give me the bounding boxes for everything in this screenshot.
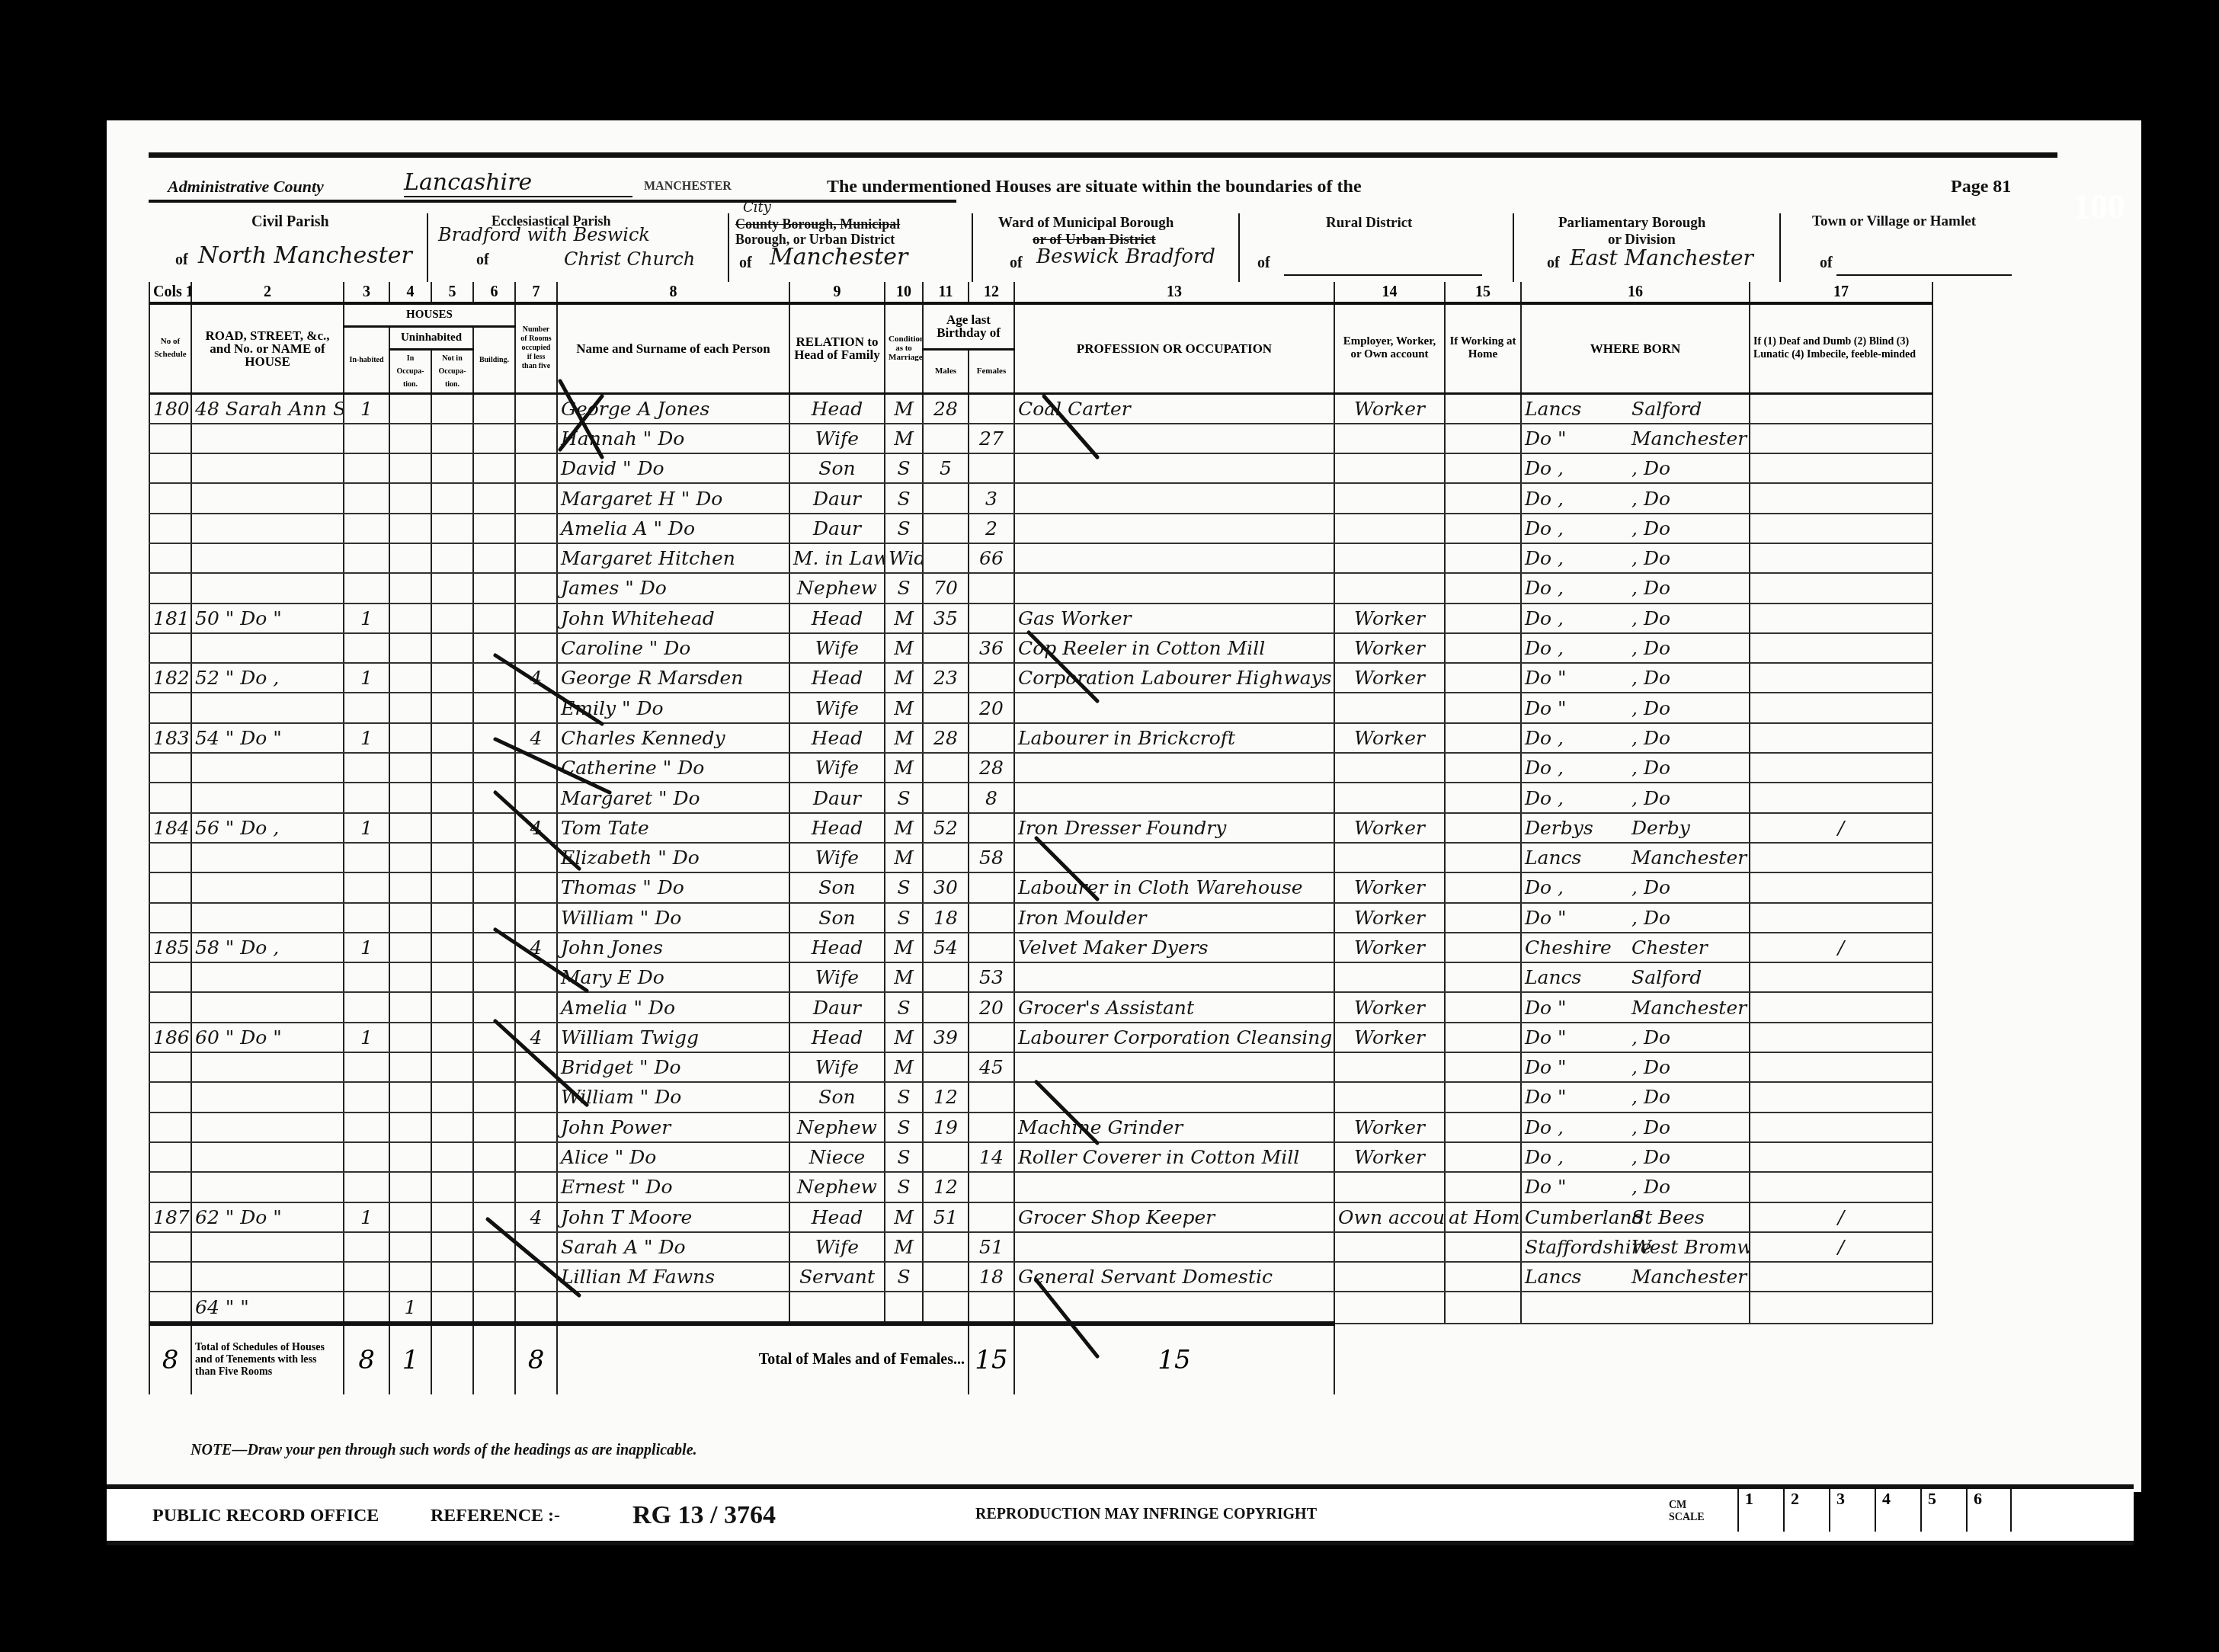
eccl-parish-value-1: Bradford with Beswick (438, 224, 650, 245)
rooms-cell: 4 (515, 1023, 557, 1052)
in-occupation-cell (389, 483, 431, 513)
in-occupation-cell (389, 633, 431, 663)
building-cell (473, 843, 515, 872)
where-born-cell: Do "Manchester (1521, 992, 1750, 1022)
in-occupation-cell (389, 1262, 431, 1292)
condition-cell: S (885, 992, 923, 1022)
infirmity-cell (1750, 992, 1932, 1022)
relation-cell: M. in Law (789, 543, 885, 573)
at-home-cell (1445, 872, 1521, 902)
where-born-cell: Do ", Do (1521, 663, 1750, 693)
age-female-cell (969, 903, 1014, 933)
total-schedules-label: Total of Schedules of Houses and of Tene… (191, 1324, 344, 1394)
divider (1779, 213, 1781, 282)
infirmity-cell (1750, 1113, 1932, 1142)
in-occupation-cell (389, 1082, 431, 1112)
building-cell (473, 514, 515, 543)
scale-tick: 5 (1920, 1484, 1966, 1532)
at-home-cell (1445, 693, 1521, 722)
occupation-cell: Corporation Labourer Highways (1014, 663, 1334, 693)
rooms-cell (515, 1113, 557, 1142)
col-num: 3 (344, 282, 389, 303)
in-occupation-cell (389, 962, 431, 992)
where-born-cell: Do ,, Do (1521, 872, 1750, 902)
occupation-cell: Labourer in Brickcroft (1014, 723, 1334, 753)
inhabited-cell (344, 514, 389, 543)
born-place: , Do (1631, 727, 1670, 749)
not-in-occupation-cell (431, 573, 473, 603)
table-row: Caroline " DoWifeM36Cop Reeler in Cotton… (149, 633, 2054, 663)
employer-cell (1334, 543, 1445, 573)
inhabited-cell (344, 1172, 389, 1202)
rooms-cell (515, 543, 557, 573)
town-blank (1836, 274, 2012, 276)
infirmity-cell: / (1750, 1232, 1932, 1262)
at-home-cell (1445, 1052, 1521, 1082)
employer-cell (1334, 753, 1445, 783)
infirmity-cell (1750, 573, 1932, 603)
infirmity-cell (1750, 453, 1932, 483)
employer-cell (1334, 1172, 1445, 1202)
born-county: Do , (1525, 1116, 1631, 1138)
employer-cell (1334, 693, 1445, 722)
building-cell (473, 1023, 515, 1052)
rooms-cell (515, 843, 557, 872)
relation-cell: Wife (789, 1052, 885, 1082)
of-label: of (1010, 255, 1023, 272)
where-born-cell: Do ", Do (1521, 693, 1750, 722)
condition-cell: M (885, 1052, 923, 1082)
inhabited-cell (344, 633, 389, 663)
occupation-cell: Grocer's Assistant (1014, 992, 1334, 1022)
eccl-parish-value-2: Christ Church (564, 248, 695, 270)
rooms-cell (515, 962, 557, 992)
born-place: , Do (1631, 488, 1670, 510)
table-row: 18762 " Do "14John T MooreHeadM51Grocer … (149, 1202, 2054, 1232)
age-male-cell (923, 693, 969, 722)
born-county: Do , (1525, 547, 1631, 569)
rooms-cell (515, 424, 557, 453)
employer-cell (1334, 1292, 1445, 1323)
name-cell: Tom Tate (557, 813, 789, 843)
table-row: James " DoNephewS70Do ,, Do (149, 573, 2054, 603)
address-cell (191, 753, 344, 783)
condition-cell: M (885, 723, 923, 753)
rooms-cell (515, 753, 557, 783)
building-cell (473, 933, 515, 962)
schedule-cell: 187 (149, 1202, 191, 1232)
age-male-cell (923, 1142, 969, 1172)
rooms-cell (515, 1172, 557, 1202)
where-born-cell: LancsManchester (1521, 843, 1750, 872)
header-inhabited: In-habited (344, 326, 389, 393)
age-male-cell: 54 (923, 933, 969, 962)
at-home-cell (1445, 783, 1521, 812)
inhabited-cell: 1 (344, 663, 389, 693)
in-occupation-cell (389, 872, 431, 902)
name-cell: Emily " Do (557, 693, 789, 722)
at-home-cell (1445, 633, 1521, 663)
occupation-cell (1014, 1082, 1334, 1112)
occupation-cell (1014, 424, 1334, 453)
born-county: Do " (1525, 907, 1631, 929)
schedule-cell (149, 483, 191, 513)
born-place: , Do (1631, 1146, 1670, 1168)
not-in-occupation-cell (431, 1172, 473, 1202)
name-cell: William " Do (557, 1082, 789, 1112)
employer-cell (1334, 783, 1445, 812)
inhabited-cell: 1 (344, 933, 389, 962)
not-in-occupation-cell (431, 453, 473, 483)
condition-cell: S (885, 872, 923, 902)
occupation-cell (1014, 1232, 1334, 1262)
table-row: 18558 " Do ,14John JonesHeadM54Velvet Ma… (149, 933, 2054, 962)
age-male-cell: 19 (923, 1113, 969, 1142)
in-occupation-cell (389, 903, 431, 933)
age-male-cell (923, 783, 969, 812)
table-row: Sarah A " DoWifeM51StaffordshireWest Bro… (149, 1232, 2054, 1262)
in-occupation-cell (389, 693, 431, 722)
rooms-cell: 4 (515, 933, 557, 962)
rooms-cell: 4 (515, 663, 557, 693)
age-male-cell: 39 (923, 1023, 969, 1052)
total-uninhabited: 1 (389, 1324, 431, 1394)
header-occupation: PROFESSION OR OCCUPATION (1014, 303, 1334, 393)
born-place: West Bromwich (1631, 1236, 1750, 1258)
admin-county-value: Lancashire (404, 169, 632, 197)
of-label: of (1820, 255, 1833, 272)
schedule-cell (149, 962, 191, 992)
age-female-cell: 27 (969, 424, 1014, 453)
in-occupation-cell (389, 813, 431, 843)
schedule-cell (149, 1082, 191, 1112)
condition-cell: M (885, 962, 923, 992)
building-cell (473, 1113, 515, 1142)
table-row: Thomas " DoSonS30Labourer in Cloth Wareh… (149, 872, 2054, 902)
born-county: Lancs (1525, 966, 1631, 988)
table-row: David " DoSonS5Do ,, Do (149, 453, 2054, 483)
occupation-cell (1014, 843, 1334, 872)
condition-cell: S (885, 453, 923, 483)
inhabited-cell (344, 1082, 389, 1112)
age-female-cell: 20 (969, 693, 1014, 722)
age-female-cell: 51 (969, 1232, 1014, 1262)
not-in-occupation-cell (431, 424, 473, 453)
header-in-occupation: In Occupa-tion. (389, 349, 431, 393)
inhabited-cell (344, 843, 389, 872)
inhabited-cell (344, 424, 389, 453)
in-occupation-cell (389, 753, 431, 783)
condition-cell: S (885, 1082, 923, 1112)
born-county: Do , (1525, 607, 1631, 629)
scale-tick: 6 (1966, 1484, 2012, 1532)
relation-cell: Son (789, 872, 885, 902)
at-home-cell (1445, 483, 1521, 513)
borough-value: Manchester (770, 244, 908, 271)
employer-cell: Worker (1334, 633, 1445, 663)
occupation-cell: Labourer in Cloth Warehouse (1014, 872, 1334, 902)
age-female-cell (969, 663, 1014, 693)
building-cell (473, 1082, 515, 1112)
header-employer: Employer, Worker, or Own account (1334, 303, 1445, 393)
born-county: Cumberland (1525, 1206, 1631, 1228)
born-place: Derby (1631, 817, 1690, 839)
infirmity-cell (1750, 903, 1932, 933)
total-females: 15 (1014, 1324, 1334, 1394)
not-in-occupation-cell (431, 843, 473, 872)
at-home-cell (1445, 1292, 1521, 1323)
not-in-occupation-cell (431, 1202, 473, 1232)
age-female-cell (969, 573, 1014, 603)
address-cell (191, 843, 344, 872)
employer-cell: Worker (1334, 663, 1445, 693)
employer-cell (1334, 1262, 1445, 1292)
table-row: William " DoSonS12Do ", Do (149, 1082, 2054, 1112)
civil-parish-label: Civil Parish (251, 213, 329, 231)
condition-cell: M (885, 1023, 923, 1052)
not-in-occupation-cell (431, 543, 473, 573)
employer-cell: Worker (1334, 813, 1445, 843)
born-county: Do " (1525, 1086, 1631, 1108)
of-label: of (175, 251, 188, 269)
where-born-cell: Do ,, Do (1521, 514, 1750, 543)
building-cell (473, 813, 515, 843)
born-county: Do , (1525, 876, 1631, 898)
not-in-occupation-cell (431, 1052, 473, 1082)
employer-cell (1334, 514, 1445, 543)
born-place: Manchester (1631, 847, 1747, 869)
relation-cell: Wife (789, 1232, 885, 1262)
age-male-cell: 23 (923, 663, 969, 693)
infirmity-cell (1750, 1023, 1932, 1052)
schedule-cell (149, 783, 191, 812)
total-inhabited: 8 (344, 1324, 389, 1394)
at-home-cell (1445, 1232, 1521, 1262)
age-male-cell: 12 (923, 1082, 969, 1112)
inhabited-cell (344, 453, 389, 483)
born-county: Do " (1525, 1176, 1631, 1198)
infirmity-cell (1750, 1082, 1932, 1112)
relation-cell: Head (789, 603, 885, 633)
building-cell (473, 663, 515, 693)
table-row: 18048 Sarah Ann St1George A JonesHeadM28… (149, 393, 2054, 424)
divider (972, 213, 973, 282)
condition-cell: M (885, 753, 923, 783)
header-uninhabited: Uninhabited (389, 326, 473, 349)
relation-cell: Head (789, 663, 885, 693)
folio-number: 100 (2073, 187, 2125, 227)
not-in-occupation-cell (431, 1023, 473, 1052)
building-cell (473, 1052, 515, 1082)
column-number-row: Cols 1 2 3 4 5 6 7 8 9 10 11 12 13 14 15… (149, 282, 2054, 303)
of-label: of (1547, 255, 1560, 272)
where-born-cell: Do ,, Do (1521, 723, 1750, 753)
table-row: John PowerNephewS19Machine GrinderWorker… (149, 1113, 2054, 1142)
schedule-cell: 183 (149, 723, 191, 753)
name-cell: John Power (557, 1113, 789, 1142)
where-born-cell: LancsSalford (1521, 393, 1750, 424)
where-born-cell: Do ,, Do (1521, 453, 1750, 483)
building-cell (473, 753, 515, 783)
building-cell (473, 962, 515, 992)
at-home-cell (1445, 992, 1521, 1022)
at-home-cell (1445, 603, 1521, 633)
footnote: NOTE—Draw your pen through such words of… (191, 1442, 697, 1459)
address-cell (191, 1082, 344, 1112)
not-in-occupation-cell (431, 753, 473, 783)
born-county: Do " (1525, 427, 1631, 450)
address-cell: 48 Sarah Ann St (191, 393, 344, 424)
employer-cell (1334, 424, 1445, 453)
relation-cell: Wife (789, 962, 885, 992)
cm-scale: 1 2 3 4 5 6 (1737, 1484, 2012, 1545)
where-born-cell: Do ", Do (1521, 1172, 1750, 1202)
not-in-occupation-cell (431, 1292, 473, 1323)
employer-cell: Worker (1334, 603, 1445, 633)
occupation-cell: Coal Carter (1014, 393, 1334, 424)
divider (1238, 213, 1240, 282)
name-cell: Alice " Do (557, 1142, 789, 1172)
of-label: of (476, 251, 489, 269)
not-in-occupation-cell (431, 1262, 473, 1292)
condition-cell: M (885, 813, 923, 843)
born-place: Manchester (1631, 1266, 1747, 1288)
condition-cell: M (885, 424, 923, 453)
header-where-born: WHERE BORN (1521, 303, 1750, 393)
address-cell (191, 1142, 344, 1172)
address-cell: 60 " Do " (191, 1023, 344, 1052)
born-county: Do , (1525, 1146, 1631, 1168)
age-male-cell: 18 (923, 903, 969, 933)
employer-cell: Worker (1334, 393, 1445, 424)
relation-cell: Head (789, 1202, 885, 1232)
total-schedules: 8 (149, 1324, 191, 1394)
at-home-cell (1445, 424, 1521, 453)
condition-cell: M (885, 933, 923, 962)
name-cell: George A Jones (557, 393, 789, 424)
employer-cell: Own account (1334, 1202, 1445, 1232)
of-label: of (739, 255, 752, 272)
not-in-occupation-cell (431, 872, 473, 902)
occupation-cell (1014, 693, 1334, 722)
born-place: , Do (1631, 907, 1670, 929)
schedule-cell (149, 693, 191, 722)
schedule-cell (149, 424, 191, 453)
at-home-cell (1445, 1172, 1521, 1202)
address-cell (191, 1172, 344, 1202)
col-num: 5 (431, 282, 473, 303)
inhabited-cell: 1 (344, 813, 389, 843)
table-row: 18660 " Do "14William TwiggHeadM39Labour… (149, 1023, 2054, 1052)
employer-cell: Worker (1334, 1023, 1445, 1052)
building-cell (473, 723, 515, 753)
condition-cell: S (885, 903, 923, 933)
not-in-occupation-cell (431, 483, 473, 513)
table-row: 18456 " Do ,14Tom TateHeadM52Iron Dresse… (149, 813, 2054, 843)
inhabited-cell (344, 872, 389, 902)
at-home-cell (1445, 903, 1521, 933)
scale-tick: 2 (1783, 1484, 1829, 1532)
rooms-cell (515, 992, 557, 1022)
col-num: 17 (1750, 282, 1932, 303)
age-male-cell (923, 962, 969, 992)
col-num: 2 (191, 282, 344, 303)
ward-label-1: Ward of Municipal Borough (998, 215, 1174, 232)
schedule-cell (149, 1113, 191, 1142)
where-born-cell: Do ,, Do (1521, 573, 1750, 603)
col-num: 4 (389, 282, 431, 303)
name-cell: William " Do (557, 903, 789, 933)
employer-cell (1334, 1082, 1445, 1112)
occupation-cell: Cop Reeler in Cotton Mill (1014, 633, 1334, 663)
rooms-cell (515, 903, 557, 933)
at-home-cell (1445, 723, 1521, 753)
age-female-cell (969, 872, 1014, 902)
age-male-cell (923, 1232, 969, 1262)
address-cell (191, 514, 344, 543)
address-cell: 64 " " (191, 1292, 344, 1323)
where-born-cell: DerbysDerby (1521, 813, 1750, 843)
condition-cell: S (885, 1113, 923, 1142)
not-in-occupation-cell (431, 603, 473, 633)
age-female-cell: 28 (969, 753, 1014, 783)
age-female-cell (969, 1172, 1014, 1202)
inhabited-cell (344, 903, 389, 933)
where-born-cell (1521, 1292, 1750, 1323)
at-home-cell (1445, 1113, 1521, 1142)
born-county: Do , (1525, 457, 1631, 479)
inhabited-cell (344, 962, 389, 992)
employer-cell (1334, 1052, 1445, 1082)
born-place: , Do (1631, 757, 1670, 779)
rooms-cell (515, 1292, 557, 1323)
employer-cell (1334, 573, 1445, 603)
age-male-cell: 28 (923, 723, 969, 753)
header-rooms: Number of Rooms occupied if less than fi… (515, 303, 557, 393)
where-born-cell: Do ,, Do (1521, 633, 1750, 663)
boundaries-text: The undermentioned Houses are situate wi… (827, 177, 1362, 197)
employer-cell: Worker (1334, 933, 1445, 962)
where-born-cell: CheshireChester (1521, 933, 1750, 962)
born-county: Lancs (1525, 847, 1631, 869)
header-building: Building. (473, 326, 515, 393)
inhabited-cell (344, 753, 389, 783)
scale-tick: 1 (1737, 1484, 1783, 1532)
inhabited-cell: 1 (344, 603, 389, 633)
schedule-cell (149, 514, 191, 543)
relation-cell: Head (789, 723, 885, 753)
born-place: , Do (1631, 1086, 1670, 1108)
employer-cell: Worker (1334, 1113, 1445, 1142)
in-occupation-cell (389, 1142, 431, 1172)
col-num: 15 (1445, 282, 1521, 303)
town-label: Town or Village or Hamlet (1812, 213, 1976, 230)
header-road: ROAD, STREET, &c., and No. or NAME of HO… (191, 303, 344, 393)
condition-cell: M (885, 1202, 923, 1232)
born-county: Lancs (1525, 1266, 1631, 1288)
header-name: Name and Surname of each Person (557, 303, 789, 393)
where-born-cell: Do ", Do (1521, 1052, 1750, 1082)
infirmity-cell (1750, 1172, 1932, 1202)
condition-cell: S (885, 514, 923, 543)
occupation-cell: Machine Grinder (1014, 1113, 1334, 1142)
age-female-cell: 45 (969, 1052, 1014, 1082)
relation-cell: Wife (789, 843, 885, 872)
age-male-cell (923, 633, 969, 663)
rooms-cell (515, 514, 557, 543)
condition-cell: S (885, 1142, 923, 1172)
admin-county-label: Administrative County (168, 177, 324, 197)
